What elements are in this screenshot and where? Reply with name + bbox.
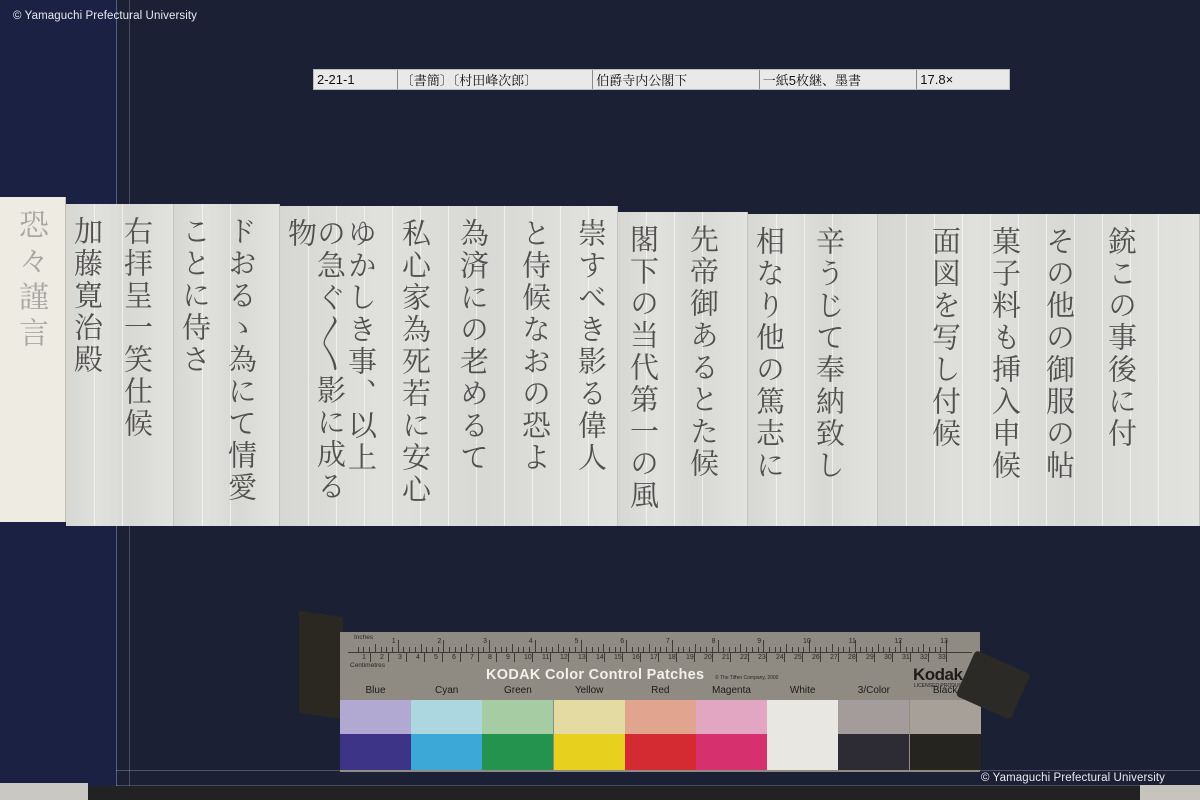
ruler-minor-tick — [826, 647, 827, 652]
ruler-cm-tick — [370, 652, 371, 662]
calligraphy-column: ことに侍さ — [180, 216, 209, 376]
ruler-minor-tick — [546, 647, 547, 652]
ruler-minor-tick — [649, 644, 650, 652]
ruler-minor-tick — [906, 647, 907, 652]
color-patch-light — [411, 700, 482, 734]
paper-fold-line — [1158, 214, 1159, 526]
color-patch-light — [838, 700, 909, 734]
ruler-cm-number: 31 — [902, 654, 910, 661]
ruler-cm-tick — [910, 652, 911, 662]
ruler-minor-tick — [889, 647, 890, 652]
calligraphy-column: 私心家為死若に安心 — [400, 218, 429, 506]
ruler-inch-tick — [626, 640, 627, 652]
color-patch-light — [696, 700, 767, 734]
ruler-cm-tick — [406, 652, 407, 662]
ruler-cm-tick — [928, 652, 929, 662]
paper-fold-line — [504, 206, 505, 526]
ruler-cm-tick — [586, 652, 587, 662]
patch-label-white: White — [767, 685, 838, 696]
ruler-cm-number: 2 — [380, 654, 384, 661]
ruler-minor-tick — [552, 647, 553, 652]
ruler-cm-tick — [424, 652, 425, 662]
ruler-minor-tick — [935, 647, 936, 652]
ruler-minor-tick — [683, 647, 684, 652]
ruler-minor-tick — [569, 647, 570, 652]
ruler-minor-tick — [501, 647, 502, 652]
catalog-label-cell: 〔書簡〕〔村田峰次郎〕 — [398, 70, 593, 89]
calligraphy-column: 先帝御あるとた候 — [688, 224, 717, 480]
ruler-cm-number: 1 — [362, 654, 366, 661]
calligraphy-column: 菓子料も挿入申候 — [990, 226, 1019, 482]
paper-corner-left — [0, 783, 88, 800]
ruler-minor-tick — [860, 647, 861, 652]
ruler-cm-number: 13 — [578, 654, 586, 661]
ruler-cm-number: 21 — [722, 654, 730, 661]
ruler-cm-tick — [496, 652, 497, 662]
ruler-minor-tick — [803, 647, 804, 652]
calligraphy-column: ドおるゝ為にて情愛 — [226, 216, 255, 504]
ruler-cm-number: 19 — [686, 654, 694, 661]
ruler-cm-tick — [802, 652, 803, 662]
ruler-minor-tick — [866, 647, 867, 652]
ruler-minor-tick — [483, 647, 484, 652]
ruler-minor-tick — [638, 647, 639, 652]
kodak-card-copyright: © The Tiffen Company, 2000 — [715, 675, 778, 681]
ruler-cm-number: 3 — [398, 654, 402, 661]
color-patch-light — [554, 700, 625, 734]
ruler-minor-tick — [375, 644, 376, 652]
ruler-minor-tick — [363, 647, 364, 652]
color-patch-light — [482, 700, 553, 734]
ruler-minor-tick — [392, 647, 393, 652]
ruler-minor-tick — [381, 647, 382, 652]
paper-fold-line — [560, 206, 561, 526]
ruler-cm-number: 16 — [632, 654, 640, 661]
ruler-minor-tick — [518, 647, 519, 652]
ruler-cm-number: 7 — [470, 654, 474, 661]
paper-fold-line — [392, 206, 393, 526]
ruler-minor-tick — [523, 647, 524, 652]
patch-label-yellow: Yellow — [554, 685, 625, 696]
ruler-cm-number: 27 — [830, 654, 838, 661]
ruler-inch-number: 1 — [392, 638, 396, 645]
patch-label-cyan: Cyan — [411, 685, 482, 696]
ruler-cm-tick — [820, 652, 821, 662]
color-patch-saturated — [340, 734, 411, 770]
ruler-cm-number: 14 — [596, 654, 604, 661]
ruler-cm-tick — [730, 652, 731, 662]
ruler-cm-number: 25 — [794, 654, 802, 661]
ruler-minor-tick — [655, 647, 656, 652]
tape-left — [299, 611, 343, 719]
kodak-color-card: Inches Centimetres 123456789101112131234… — [340, 632, 980, 772]
ruler-minor-tick — [849, 647, 850, 652]
ruler-minor-tick — [740, 644, 741, 652]
ruler-cm-tick — [460, 652, 461, 662]
ruler-inch-number: 4 — [529, 638, 533, 645]
ruler-cm-number: 10 — [524, 654, 532, 661]
ruler-minor-tick — [700, 647, 701, 652]
scroll-sheet: ことに侍さドおるゝ為にて情愛 — [174, 204, 280, 526]
ruler-minor-tick — [883, 647, 884, 652]
ruler-minor-tick — [872, 647, 873, 652]
copyright-watermark-top: © Yamaguchi Prefectural University — [13, 10, 197, 22]
ruler-minor-tick — [695, 644, 696, 652]
ruler-minor-tick — [723, 647, 724, 652]
envelope-calligraphy: 恐々謹言 — [8, 209, 52, 353]
color-patch-light — [767, 700, 838, 770]
ruler-inch-tick — [672, 640, 673, 652]
ruler-minor-tick — [912, 647, 913, 652]
ruler-inch-tick — [398, 640, 399, 652]
ruler-cm-tick — [856, 652, 857, 662]
paper-fold-line — [906, 214, 907, 526]
paper-fold-line — [448, 206, 449, 526]
kodak-logo: Kodak — [913, 665, 962, 685]
ruler-minor-tick — [758, 647, 759, 652]
calligraphy-column: 加藤寛治殿 — [72, 216, 101, 376]
ruler-minor-tick — [689, 647, 690, 652]
catalog-label-cell: 一紙5枚継、墨書 — [760, 70, 918, 89]
ruler-minor-tick — [678, 647, 679, 652]
ruler-cm-number: 32 — [920, 654, 928, 661]
ruler-minor-tick — [769, 647, 770, 652]
patch-label-green: Green — [482, 685, 553, 696]
ruler-cm-tick — [892, 652, 893, 662]
ruler-minor-tick — [815, 647, 816, 652]
ruler-minor-tick — [449, 647, 450, 652]
ruler-inch-tick — [718, 640, 719, 652]
patch-label-red: Red — [625, 685, 696, 696]
ruler-cm-number: 9 — [506, 654, 510, 661]
ruler-minor-tick — [415, 647, 416, 652]
calligraphy-column: 為済にの老めるて — [458, 218, 487, 474]
copyright-watermark-bottom: © Yamaguchi Prefectural University — [981, 772, 1165, 784]
ruler-minor-tick — [409, 647, 410, 652]
patch-label-3-color: 3/Color — [838, 685, 909, 696]
ruler-cm-number: 17 — [650, 654, 658, 661]
ruler-cm-number: 22 — [740, 654, 748, 661]
calligraphy-column: と侍候なおの恐よ — [520, 218, 549, 474]
ruler-cm-tick — [658, 652, 659, 662]
ruler-minor-tick — [466, 644, 467, 652]
ruler-cm-tick — [568, 652, 569, 662]
ruler-cm-number: 11 — [542, 654, 549, 661]
ruler-minor-tick — [609, 647, 610, 652]
ruler-minor-tick — [558, 644, 559, 652]
envelope-fragment: 恐々謹言 — [0, 197, 66, 522]
ruler-minor-tick — [660, 647, 661, 652]
ruler-minor-tick — [735, 647, 736, 652]
ruler-minor-tick — [512, 644, 513, 652]
ruler-minor-tick — [792, 647, 793, 652]
ruler-cm-tick — [442, 652, 443, 662]
ruler-minor-tick — [918, 647, 919, 652]
ruler-inch-tick — [763, 640, 764, 652]
ruler-cm-tick — [694, 652, 695, 662]
ruler-minor-tick — [432, 647, 433, 652]
color-patch-saturated — [696, 734, 767, 770]
color-patch-light — [625, 700, 696, 734]
ruler-minor-tick — [940, 647, 941, 652]
ruler-minor-tick — [421, 644, 422, 652]
ruler-minor-tick — [426, 647, 427, 652]
paper-fold-line — [1102, 214, 1103, 526]
ruler-cm-tick — [874, 652, 875, 662]
ruler-inches-label: Inches — [354, 634, 373, 641]
catalog-label: 2-21-1〔書簡〕〔村田峰次郎〕伯爵寺内公閣下一紙5枚継、墨書17.8× — [313, 69, 1010, 90]
catalog-label-cell: 17.8× — [917, 70, 1009, 89]
ruler-cm-number: 30 — [884, 654, 892, 661]
ruler-minor-tick — [506, 647, 507, 652]
ruler-cm-tick — [550, 652, 551, 662]
ruler-minor-tick — [643, 647, 644, 652]
ruler-inch-number: 5 — [575, 638, 579, 645]
ruler-cm-number: 8 — [488, 654, 492, 661]
patch-label-magenta: Magenta — [696, 685, 767, 696]
paper-fold-line — [674, 212, 675, 526]
ruler-cm-tick — [838, 652, 839, 662]
calligraphy-column: ゆかしき事、以上 — [346, 218, 375, 474]
ruler-inch-number: 13 — [940, 638, 948, 645]
scroll-sheet: 閣下の当代第一の風先帝御あるとた候 — [618, 212, 748, 526]
table-edge — [0, 786, 1200, 800]
ruler-cm-tick — [676, 652, 677, 662]
ruler-cm-tick — [748, 652, 749, 662]
color-patch-saturated — [554, 734, 625, 770]
ruler: Inches Centimetres 123456789101112131234… — [340, 632, 980, 670]
ruler-inch-tick — [581, 640, 582, 652]
ruler-minor-tick — [575, 647, 576, 652]
scroll-sheet: 加藤寛治殿右拝呈一笑仕候 — [66, 204, 174, 526]
ruler-cm-tick — [766, 652, 767, 662]
ruler-inch-number: 11 — [849, 638, 856, 645]
ruler-minor-tick — [929, 647, 930, 652]
ruler-inch-number: 6 — [620, 638, 624, 645]
ruler-cm-number: 28 — [848, 654, 856, 661]
calligraphy-column: 辛うじて奉納致し — [814, 226, 843, 482]
ruler-inch-tick — [535, 640, 536, 652]
ruler-inch-number: 12 — [894, 638, 902, 645]
ruler-cm-tick — [478, 652, 479, 662]
ruler-minor-tick — [615, 647, 616, 652]
letter-scroll: 加藤寛治殿右拝呈一笑仕候ことに侍さドおるゝ為にて情愛の急ぐ〳〵影に成る物ゆかしき… — [58, 200, 1200, 536]
calligraphy-column: 相なり他の篤志に — [754, 226, 783, 482]
calligraphy-column: 崇すべき影る偉人 — [576, 218, 605, 474]
ruler-inch-number: 9 — [757, 638, 761, 645]
ruler-minor-tick — [358, 647, 359, 652]
ruler-cm-tick — [946, 652, 947, 662]
catalog-label-cell: 伯爵寺内公閣下 — [593, 70, 760, 89]
ruler-cm-tick — [388, 652, 389, 662]
scroll-sheet: の急ぐ〳〵影に成る物ゆかしき事、以上私心家為死若に安心為済にの老めるてと侍候なお… — [280, 206, 618, 526]
ruler-minor-tick — [895, 647, 896, 652]
scroll-sheet: 相なり他の篤志に辛うじて奉納致し — [748, 214, 878, 526]
ruler-minor-tick — [438, 647, 439, 652]
ruler-minor-tick — [563, 647, 564, 652]
ruler-inch-tick — [443, 640, 444, 652]
scroll-sheet: 面図を写し付候菓子料も挿入申候その他の御服の帖銃この事後に付 — [878, 214, 1200, 526]
ruler-cm-number: 24 — [776, 654, 784, 661]
ruler-cm-tick — [784, 652, 785, 662]
color-patch-saturated — [910, 734, 981, 770]
ruler-minor-tick — [598, 647, 599, 652]
ruler-minor-tick — [455, 647, 456, 652]
ruler-inch-number: 10 — [803, 638, 811, 645]
ruler-minor-tick — [666, 647, 667, 652]
calligraphy-column: の急ぐ〳〵影に成る物 — [286, 218, 344, 526]
ruler-cm-tick — [712, 652, 713, 662]
ruler-minor-tick — [752, 647, 753, 652]
ruler-cm-number: 12 — [560, 654, 568, 661]
paper-fold-line — [804, 214, 805, 526]
ruler-inch-tick — [489, 640, 490, 652]
ruler-minor-tick — [403, 647, 404, 652]
ruler-minor-tick — [746, 647, 747, 652]
ruler-cm-number: 18 — [668, 654, 676, 661]
ruler-minor-tick — [780, 647, 781, 652]
ruler-minor-tick — [541, 647, 542, 652]
ruler-cm-number: 4 — [416, 654, 420, 661]
ruler-minor-tick — [843, 647, 844, 652]
ruler-minor-tick — [775, 647, 776, 652]
ruler-minor-tick — [878, 644, 879, 652]
calligraphy-column: その他の御服の帖 — [1044, 226, 1073, 482]
ruler-cm-tick — [622, 652, 623, 662]
ruler-minor-tick — [472, 647, 473, 652]
ruler-cm-number: 15 — [614, 654, 622, 661]
calligraphy-column: 銃この事後に付 — [1106, 226, 1135, 450]
ruler-minor-tick — [632, 647, 633, 652]
color-patch-saturated — [411, 734, 482, 770]
paper-corner-right — [1140, 785, 1200, 800]
ruler-minor-tick — [529, 647, 530, 652]
catalog-label-cell: 2-21-1 — [314, 70, 398, 89]
color-patch-light — [910, 700, 981, 734]
ruler-cm-tick — [532, 652, 533, 662]
calligraphy-column: 右拝呈一笑仕候 — [122, 216, 151, 440]
ruler-minor-tick — [798, 647, 799, 652]
ruler-cm-number: 5 — [434, 654, 438, 661]
ruler-minor-tick — [786, 644, 787, 652]
color-patch-saturated — [482, 734, 553, 770]
patch-label-blue: Blue — [340, 685, 411, 696]
ruler-centimetres-label: Centimetres — [350, 662, 385, 669]
ruler-minor-tick — [923, 644, 924, 652]
ruler-cm-number: 23 — [758, 654, 766, 661]
ruler-cm-tick — [604, 652, 605, 662]
ruler-cm-tick — [514, 652, 515, 662]
ruler-cm-number: 29 — [866, 654, 874, 661]
ruler-cm-number: 26 — [812, 654, 820, 661]
ruler-minor-tick — [592, 647, 593, 652]
kodak-card-title: KODAK Color Control Patches — [486, 667, 704, 683]
ruler-cm-tick — [640, 652, 641, 662]
ruler-inch-number: 3 — [483, 638, 487, 645]
color-patch-saturated — [838, 734, 909, 770]
ruler-cm-number: 33 — [938, 654, 946, 661]
ruler-minor-tick — [603, 644, 604, 652]
ruler-inch-number: 8 — [712, 638, 716, 645]
ruler-inch-number: 2 — [437, 638, 441, 645]
ruler-inch-number: 7 — [666, 638, 670, 645]
ruler-cm-number: 6 — [452, 654, 456, 661]
ruler-minor-tick — [832, 644, 833, 652]
color-patch-light — [340, 700, 411, 734]
paper-fold-line — [962, 214, 963, 526]
calligraphy-column: 閣下の当代第一の風 — [628, 224, 657, 512]
ruler-minor-tick — [706, 647, 707, 652]
calligraphy-column: 面図を写し付候 — [930, 226, 959, 450]
color-patch-saturated — [625, 734, 696, 770]
ruler-cm-number: 20 — [704, 654, 712, 661]
